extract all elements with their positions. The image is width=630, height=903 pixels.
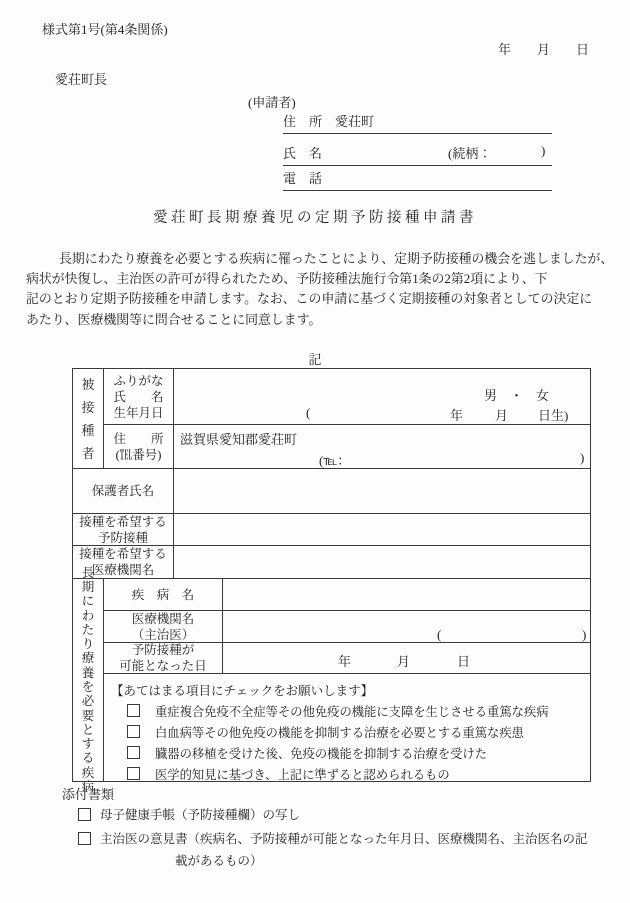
attachment-item: 母子健康手帳（予防接種欄）の写し <box>100 805 300 823</box>
doctor-label-cell: 医療機関名 （主治医） <box>104 611 223 643</box>
dob-open-paren: ( <box>306 405 310 421</box>
possible-month-label: 月 <box>397 651 410 670</box>
intro-line: 病状が快復し、主治医の許可が得られたため、予防接種法施行令第1条の2第2項により… <box>26 269 604 289</box>
document-page: 様式第1号(第4条関係) 年 月 日 愛荘町長 (申請者) 住 所 愛荘町 氏 … <box>0 0 630 903</box>
guardian-label: 保護者氏名 <box>92 483 155 499</box>
record-mark: 記 <box>0 349 630 368</box>
form-table: 被接種者 ふりがな 氏 名 生年月日 男 ・ 女 ( 年 月 日生) 住 所 (… <box>72 368 591 782</box>
address-label-cell: 住 所 (℡番号) <box>104 425 174 469</box>
doctor-content-cell: ( ) <box>223 611 590 643</box>
doctor-label-1: 医療機関名 <box>132 611 195 627</box>
sex-options: 男 ・ 女 <box>484 385 549 404</box>
tel-close: ) <box>580 450 584 466</box>
disease-label-cell: 疾 病 名 <box>104 579 223 611</box>
furigana-label: ふりがな <box>113 373 163 389</box>
relation-close-paren: ) <box>541 143 545 159</box>
tel-label: (℡番号) <box>116 447 162 463</box>
dob-year-label: 年 <box>450 405 463 424</box>
recipient-group-label: 被接種者 <box>81 373 95 465</box>
checkbox-severe-immunodeficiency[interactable] <box>127 704 140 717</box>
checklist-item-label: 医学的知見に基づき、上記に準ずると認められるもの <box>155 765 450 783</box>
disease-label: 疾 病 名 <box>132 587 195 603</box>
address-content-cell: 滋賀県愛知郡愛荘町 (℡： ) <box>174 425 590 469</box>
dob-day-label: 日生) <box>538 405 568 424</box>
applicant-phone-field: 電 話 <box>283 168 552 191</box>
applicant-heading: (申請者) <box>248 92 296 111</box>
checkbox-leukemia-treatment[interactable] <box>127 725 140 738</box>
doctor-close-paren: ) <box>582 627 586 643</box>
attachments-heading: 添付書類 <box>62 784 114 803</box>
intro-line: 記のとおり定期予防接種を申請します。なお、この申請に基づく定期接種の対象者として… <box>26 289 604 309</box>
desired-clinic-content-cell <box>174 546 590 579</box>
checklist-item-label: 臓器の移植を受けた後、免疫の機能を抑制する治療を受けた <box>155 744 487 762</box>
form-number: 様式第1号(第4条関係) <box>42 19 168 38</box>
tel-open: (℡： <box>319 450 350 469</box>
desired-vaccine-content-cell <box>174 514 590 546</box>
possible-year-label: 年 <box>338 651 351 670</box>
possible-date-label-1: 予防接種が <box>132 642 195 658</box>
checklist-item-label: 重症複合免疫不全症等その他免疫の機能に支障を生じさせる重篤な疾病 <box>155 702 549 720</box>
possible-date-content-cell: 年 月 日 <box>223 643 590 674</box>
applicant-address-label: 住 所 愛荘町 <box>283 114 374 129</box>
addressee: 愛荘町長 <box>55 69 107 88</box>
applicant-phone-label: 電 話 <box>283 171 322 186</box>
document-title: 愛荘町長期療養児の定期予防接種申請書 <box>0 206 630 227</box>
name-dob-label-cell: ふりがな 氏 名 生年月日 <box>104 369 174 425</box>
checkbox-mch-handbook[interactable] <box>78 808 91 821</box>
doctor-open-paren: ( <box>437 627 441 643</box>
checklist-item-label: 白血病等その他免疫の機能を抑制する治療を必要とする重篤な疾患 <box>155 723 524 741</box>
applicant-address-field: 住 所 愛荘町 <box>283 111 552 134</box>
guardian-content-cell <box>174 469 590 514</box>
intro-line: 長期にわたり療養を必要とする疾病に罹ったことにより、定期予防接種の機会を逃しまし… <box>26 249 604 269</box>
attachment-item-continued: 載があるもの） <box>175 851 263 869</box>
intro-paragraph: 長期にわたり療養を必要とする疾病に罹ったことにより、定期予防接種の機会を逃しまし… <box>26 249 604 330</box>
guardian-label-cell: 保護者氏名 <box>73 469 174 514</box>
checkbox-equivalent-condition[interactable] <box>127 767 140 780</box>
desired-clinic-label-2: 医療機関名 <box>92 562 155 578</box>
attachment-item: 主治医の意見書（疾病名、予防接種が可能となった年月日、医療機関名、主治医名の記 <box>100 829 588 847</box>
possible-date-label-2: 可能となった日 <box>119 658 207 674</box>
desired-vaccine-label-2: 予防接種 <box>98 530 148 546</box>
checkbox-doctor-opinion[interactable] <box>78 832 91 845</box>
possible-date-label-cell: 予防接種が 可能となった日 <box>104 643 223 674</box>
disease-content-cell <box>223 579 590 611</box>
name-dob-content-cell: 男 ・ 女 ( 年 月 日生) <box>174 369 590 425</box>
checklist-section: 【あてはまる項目にチェックをお願いします】 重症複合免疫不全症等その他免疫の機能… <box>104 674 590 781</box>
date-line: 年 月 日 <box>498 39 589 58</box>
name-label: 氏 名 <box>113 389 163 405</box>
possible-day-label: 日 <box>457 651 470 670</box>
desired-vaccine-label-1: 接種を希望する <box>79 514 167 530</box>
applicant-name-field: 氏 名 (続柄： ) <box>283 143 552 166</box>
doctor-label-2: （主治医） <box>132 627 195 643</box>
checklist-header: 【あてはまる項目にチェックをお願いします】 <box>111 681 373 699</box>
dob-label: 生年月日 <box>113 405 163 421</box>
checkbox-organ-transplant[interactable] <box>127 746 140 759</box>
applicant-name-label: 氏 名 <box>283 146 322 161</box>
relation-label: (続柄： <box>448 143 491 162</box>
intro-line: あたり、医療機関等に問合せることに同意します。 <box>26 310 604 330</box>
address-label: 住 所 <box>113 431 163 447</box>
desired-vaccine-label-cell: 接種を希望する 予防接種 <box>73 514 174 546</box>
desired-clinic-label-1: 接種を希望する <box>79 546 167 562</box>
recipient-group-cell: 被接種者 <box>73 369 104 469</box>
longterm-group-cell: 長期にわたり療養を必要とする疾病 <box>73 579 104 781</box>
longterm-group-label: 長期にわたり療養を必要とする疾病 <box>81 566 95 795</box>
dob-month-label: 月 <box>495 405 508 424</box>
address-value: 滋賀県愛知郡愛荘町 <box>180 429 297 448</box>
